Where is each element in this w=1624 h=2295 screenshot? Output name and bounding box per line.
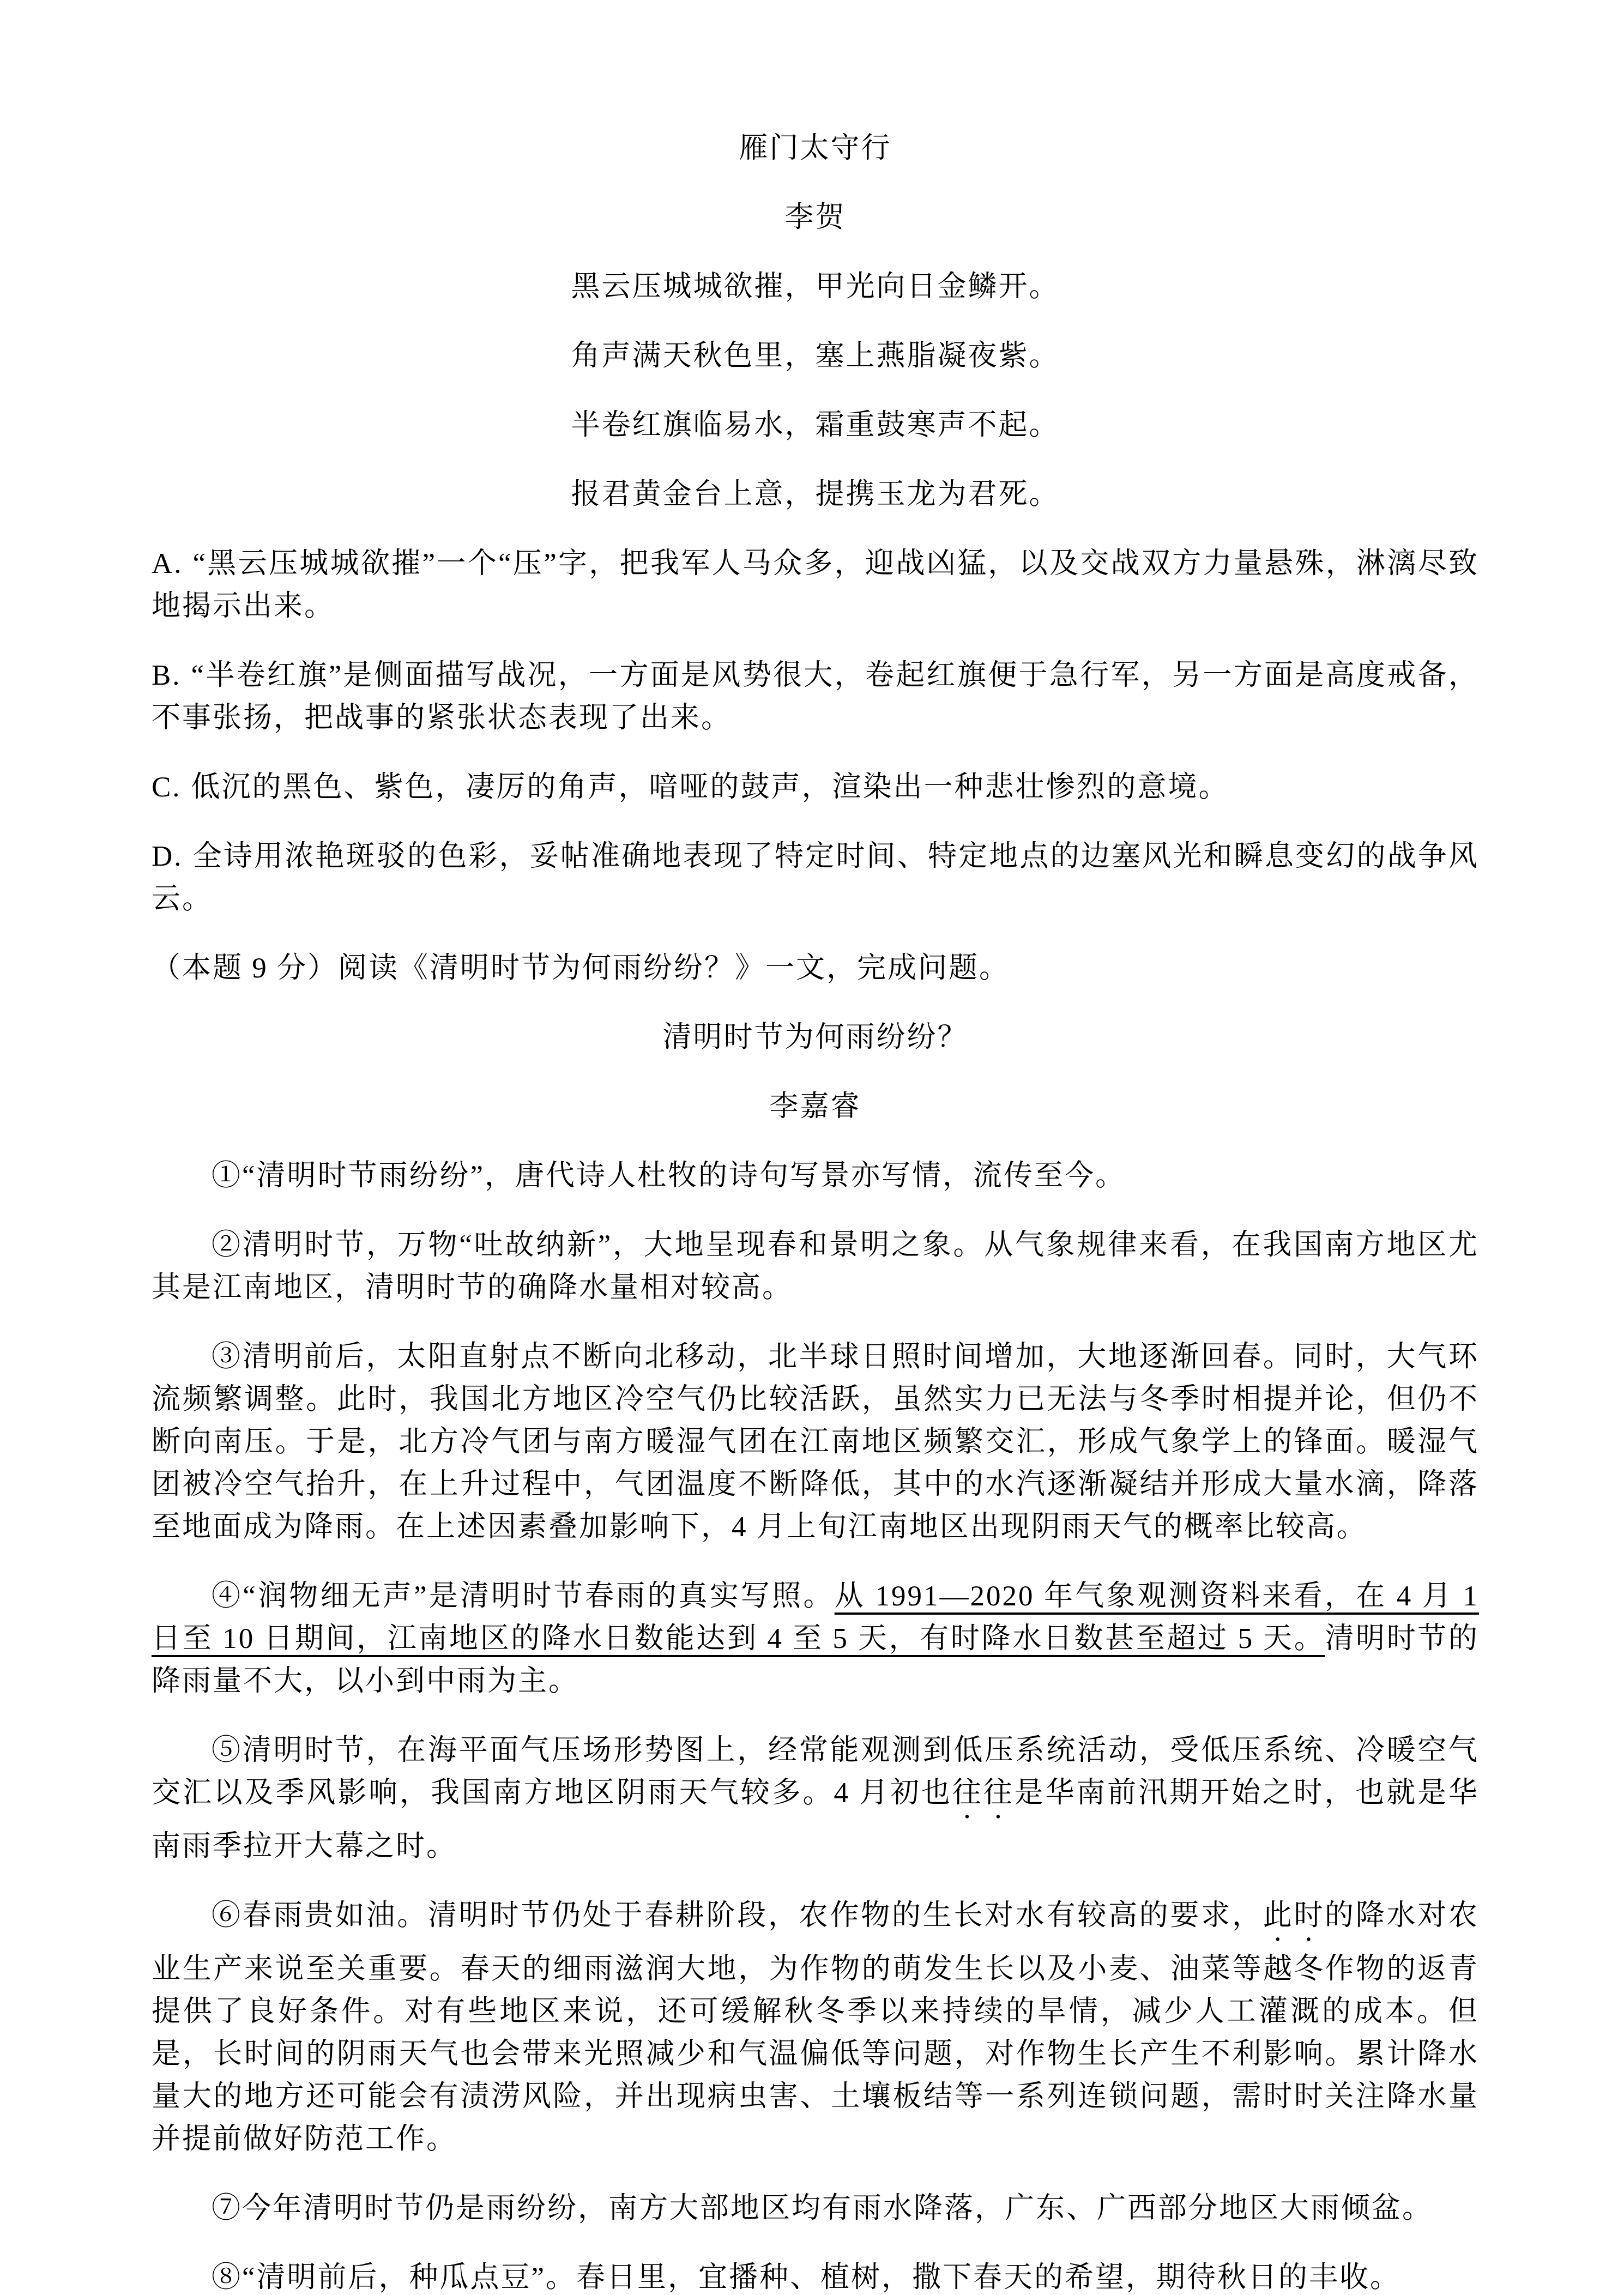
choice-options-section: A.“黑云压城城欲摧”一个“压”字，把我军人马众多，迎战凶猛，以及交战双方力量悬… <box>152 542 1479 920</box>
article-paragraph: ①“清明时节雨纷纷”，唐代诗人杜牧的诗句写景亦写情，流传至今。 <box>152 1155 1479 1197</box>
option-item: C.低沉的黑色、紫色，凄厉的角声，喑哑的鼓声，渲染出一种悲壮惨烈的意境。 <box>152 766 1479 808</box>
option-text: “半卷红旗”是侧面描写战况，一方面是风势很大，卷起红旗便于急行军，另一方面是高度… <box>152 660 1479 734</box>
option-label: A. <box>152 548 193 579</box>
article-paragraph: ⑤清明时节，在海平面气压场形势图上，经常能观测到低压系统活动，受低压系统、冷暖空… <box>152 1729 1479 1868</box>
article-body: ①“清明时节雨纷纷”，唐代诗人杜牧的诗句写景亦写情，流传至今。②清明时节，万物“… <box>152 1155 1479 2295</box>
text-segment: ⑧“清明前后，种瓜点豆”。春日里，宜播种、植树，撒下春天的希望，期待秋日的丰收。 <box>212 2262 1400 2293</box>
poem-section: 雁门太守行 李贺 黑云压城城欲摧，甲光向日金鳞开。角声满天秋色里，塞上燕脂凝夜紫… <box>152 127 1479 516</box>
task-intro: （本题 9 分）阅读《清明时节为何雨纷纷？》一文，完成问题。 <box>152 947 1479 989</box>
article-paragraph: ⑦今年清明时节仍是雨纷纷，南方大部地区均有雨水降落，广东、广西部分地区大雨倾盆。 <box>152 2187 1479 2230</box>
article-paragraph: ③清明前后，太阳直射点不断向北移动，北半球日照时间增加，大地逐渐回春。同时，大气… <box>152 1336 1479 1548</box>
poem-body: 黑云压城城欲摧，甲光向日金鳞开。角声满天秋色里，塞上燕脂凝夜紫。半卷红旗临易水，… <box>152 265 1479 516</box>
article-paragraph: ②清明时节，万物“吐故纳新”，大地呈现春和景明之象。从气象规律来看，在我国南方地… <box>152 1224 1479 1309</box>
article-section: 清明时节为何雨纷纷？ 李嘉睿 ①“清明时节雨纷纷”，唐代诗人杜牧的诗句写景亦写情… <box>152 1016 1479 2295</box>
text-segment: ②清明时节，万物“吐故纳新”，大地呈现春和景明之象。从气象规律来看，在我国南方地… <box>152 1229 1479 1303</box>
option-text: “黑云压城城欲摧”一个“压”字，把我军人马众多，迎战凶猛，以及交战双方力量悬殊，… <box>152 548 1479 622</box>
option-item: A.“黑云压城城欲摧”一个“压”字，把我军人马众多，迎战凶猛，以及交战双方力量悬… <box>152 542 1479 627</box>
poem-title: 雁门太守行 <box>152 127 1479 170</box>
text-segment: ⑦今年清明时节仍是雨纷纷，南方大部地区均有雨水降落，广东、广西部分地区大雨倾盆。 <box>212 2193 1433 2224</box>
text-segment: ⑥春雨贵如油。清明时节仍处于春耕阶段，农作物的生长对水有较高的要求， <box>212 1900 1263 1931</box>
article-title: 清明时节为何雨纷纷？ <box>152 1016 1479 1059</box>
option-item: B.“半卷红旗”是侧面描写战况，一方面是风势很大，卷起红旗便于急行军，另一方面是… <box>152 654 1479 739</box>
emphasis-dotted-text: 此时 <box>1263 1900 1325 1931</box>
option-text: 低沉的黑色、紫色，凄厉的角声，喑哑的鼓声，渲染出一种悲壮惨烈的意境。 <box>191 771 1229 803</box>
poem-line: 角声满天秋色里，塞上燕脂凝夜紫。 <box>152 335 1479 377</box>
article-paragraph: ④“润物细无声”是清明时节春雨的真实写照。从 1991—2020 年气象观测资料… <box>152 1575 1479 1702</box>
poem-line: 黑云压城城欲摧，甲光向日金鳞开。 <box>152 265 1479 308</box>
text-segment: ①“清明时节雨纷纷”，唐代诗人杜牧的诗句写景亦写情，流传至今。 <box>212 1160 1126 1192</box>
poem-author: 李贺 <box>152 196 1479 239</box>
option-label: C. <box>152 771 191 803</box>
option-label: D. <box>152 841 193 872</box>
emphasis-dotted-text: 往往 <box>952 1777 1015 1809</box>
option-label: B. <box>152 660 191 691</box>
article-paragraph: ⑥春雨贵如油。清明时节仍处于春耕阶段，农作物的生长对水有较高的要求，此时的降水对… <box>152 1894 1479 2160</box>
poem-line: 报君黄金台上意，提携玉龙为君死。 <box>152 473 1479 516</box>
option-item: D.全诗用浓艳斑驳的色彩，妥帖准确地表现了特定时间、特定地点的边塞风光和瞬息变幻… <box>152 835 1479 920</box>
text-segment: ④“润物细无声”是清明时节春雨的真实写照。 <box>212 1580 835 1612</box>
text-segment: ③清明前后，太阳直射点不断向北移动，北半球日照时间增加，大地逐渐回春。同时，大气… <box>152 1341 1479 1543</box>
option-text: 全诗用浓艳斑驳的色彩，妥帖准确地表现了特定时间、特定地点的边塞风光和瞬息变幻的战… <box>152 841 1479 915</box>
document-page: 雁门太守行 李贺 黑云压城城欲摧，甲光向日金鳞开。角声满天秋色里，塞上燕脂凝夜紫… <box>0 0 1624 2295</box>
article-paragraph: ⑧“清明前后，种瓜点豆”。春日里，宜播种、植树，撒下春天的希望，期待秋日的丰收。 <box>152 2256 1479 2295</box>
poem-line: 半卷红旗临易水，霜重鼓寒声不起。 <box>152 404 1479 446</box>
article-author: 李嘉睿 <box>152 1085 1479 1128</box>
text-segment: 的降水对农业生产来说至关重要。春天的细雨滋润大地，为作物的萌发生长以及小麦、油菜… <box>152 1900 1479 2155</box>
